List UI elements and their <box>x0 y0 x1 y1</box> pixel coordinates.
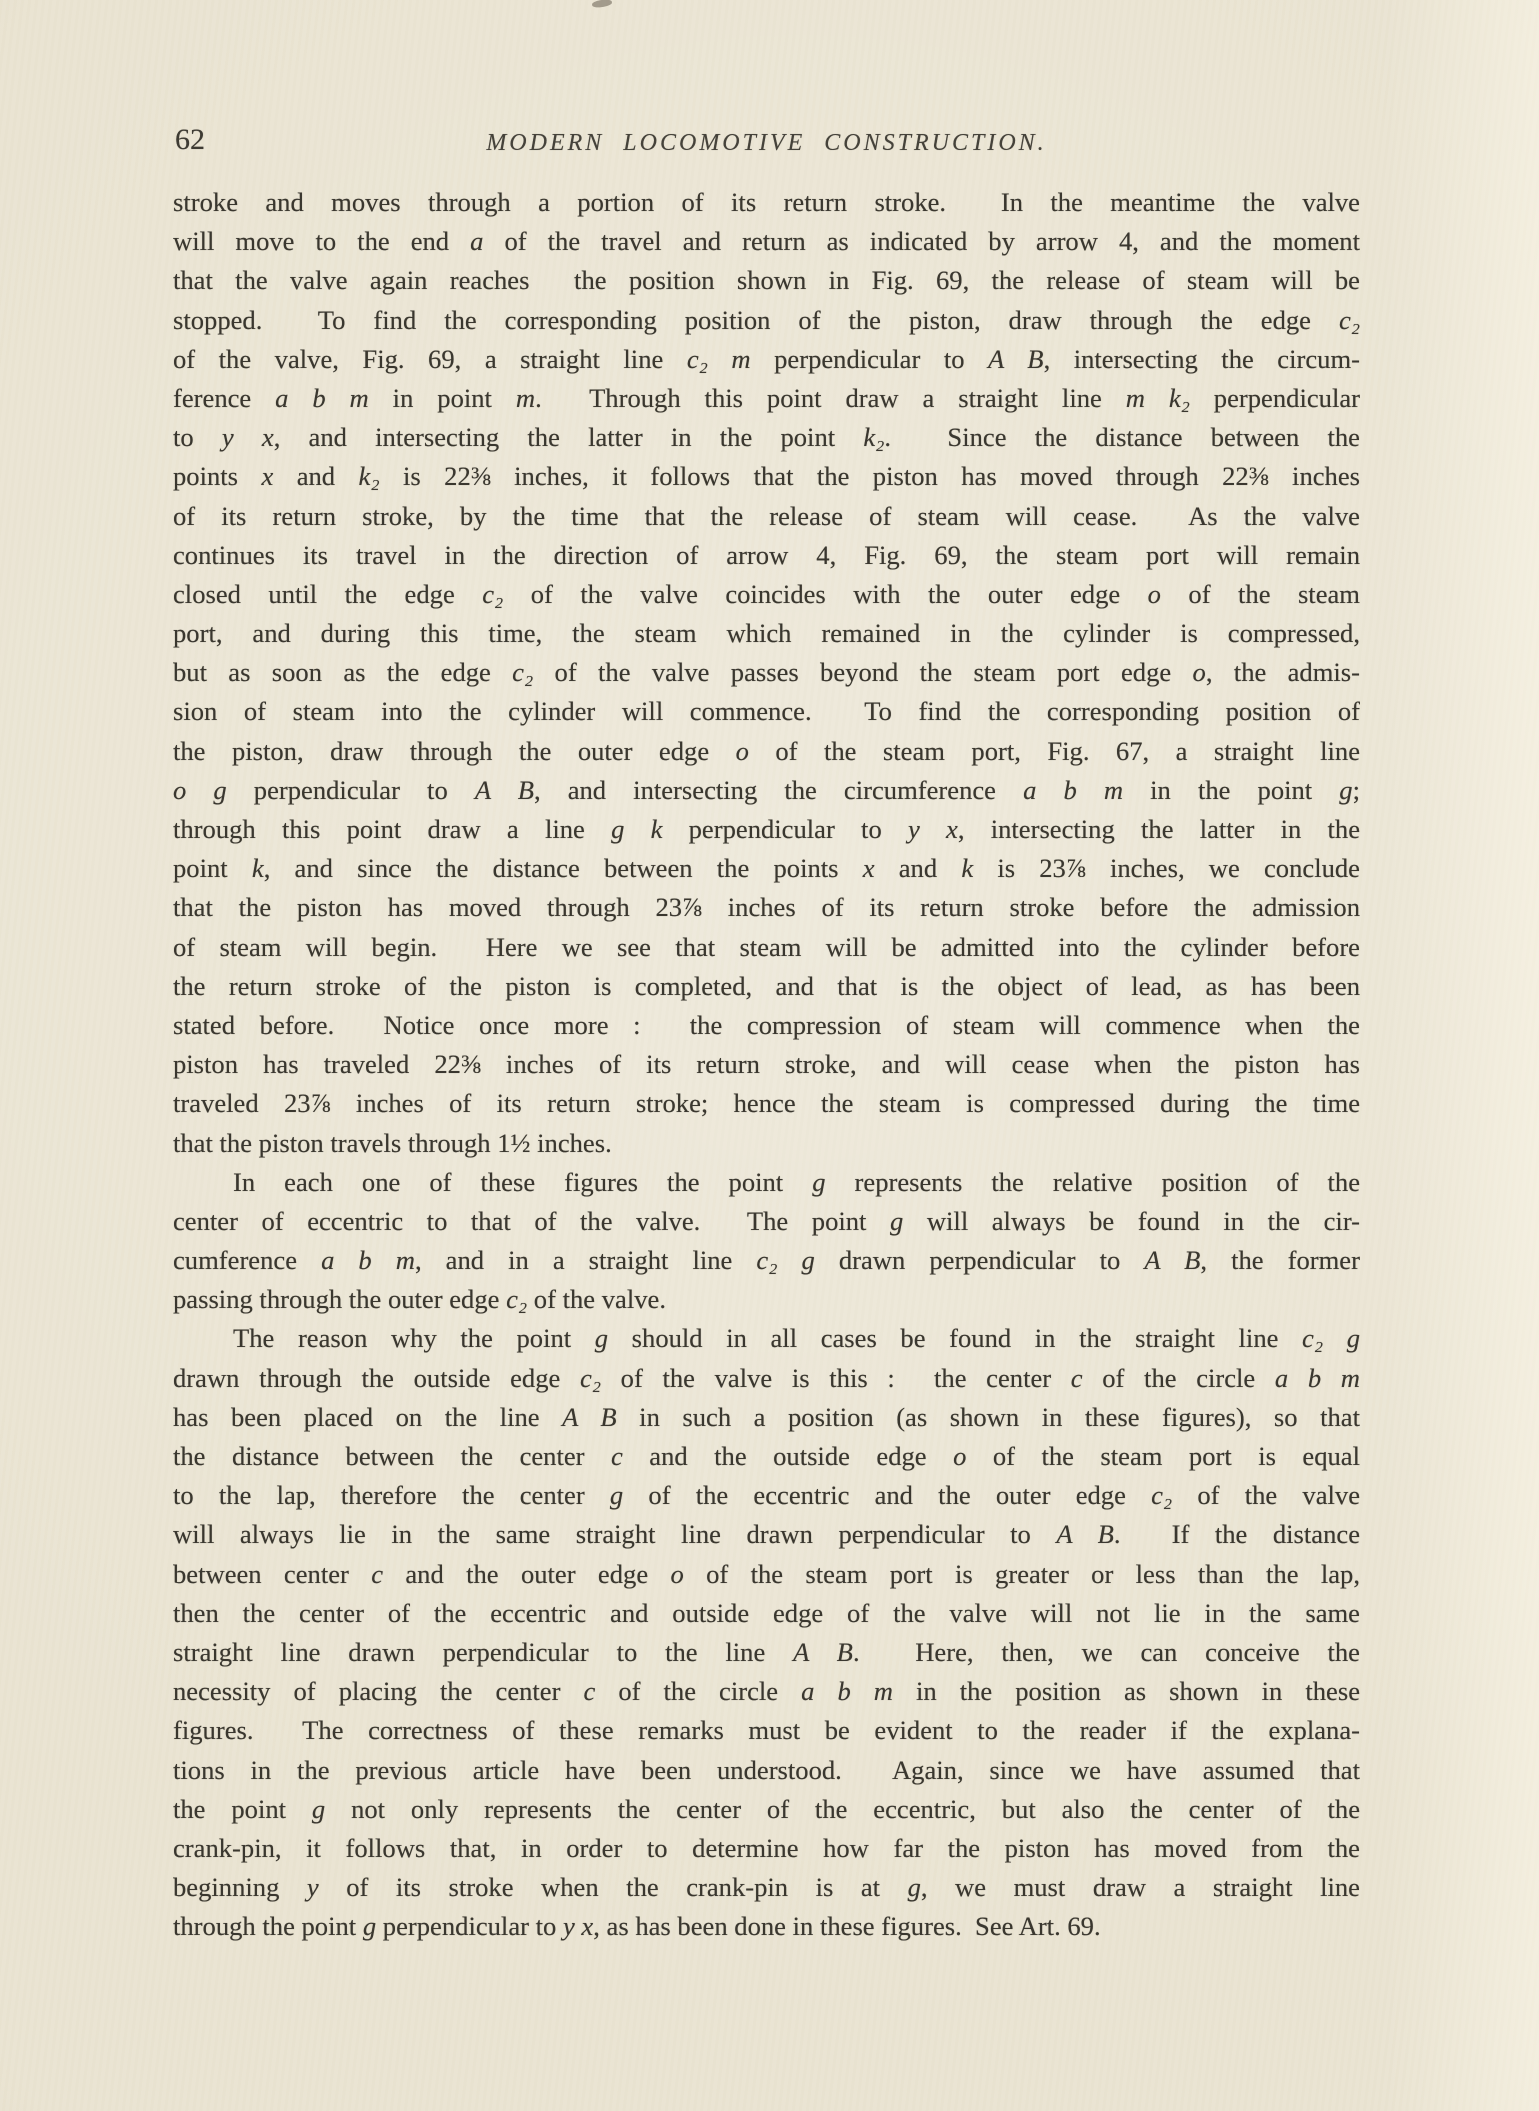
text-line: continues its travel in the direction of… <box>173 536 1360 575</box>
scan-artifact-speck <box>592 0 613 8</box>
running-title: MODERN LOCOMOTIVE CONSTRUCTION. <box>173 124 1360 159</box>
text-line: port, and during this time, the steam wh… <box>173 614 1360 653</box>
text-line: that the piston travels through 1½ inche… <box>173 1124 1360 1163</box>
text-line: In each one of these figures the point g… <box>173 1163 1360 1202</box>
text-line: point k, and since the distance between … <box>173 849 1360 888</box>
text-line: has been placed on the line A B in such … <box>173 1398 1360 1437</box>
text-line: piston has traveled 22⅜ inches of its re… <box>173 1045 1360 1084</box>
text-line: straight line drawn perpendicular to the… <box>173 1633 1360 1672</box>
text-line: sion of steam into the cylinder will com… <box>173 692 1360 731</box>
text-line: but as soon as the edge c₂ of the valve … <box>173 653 1360 692</box>
text-line: to y x, and intersecting the latter in t… <box>173 418 1360 457</box>
text-line: stopped. To find the corresponding posit… <box>173 301 1360 340</box>
text-line: stated before. Notice once more : the co… <box>173 1006 1360 1045</box>
text-line: beginning y of its stroke when the crank… <box>173 1868 1360 1907</box>
page-header: 62 MODERN LOCOMOTIVE CONSTRUCTION. <box>173 124 1360 164</box>
book-page: 62 MODERN LOCOMOTIVE CONSTRUCTION. strok… <box>0 0 1539 2111</box>
text-line: through the point g perpendicular to y x… <box>173 1907 1360 1946</box>
text-line: traveled 23⅞ inches of its return stroke… <box>173 1084 1360 1123</box>
text-line: center of eccentric to that of the valve… <box>173 1202 1360 1241</box>
text-line: drawn through the outside edge c₂ of the… <box>173 1359 1360 1398</box>
text-line: between center c and the outer edge o of… <box>173 1555 1360 1594</box>
text-line: that the valve again reaches the positio… <box>173 261 1360 300</box>
scanned-book-page: { "page": { "number": "62", "running_tit… <box>0 0 1539 2111</box>
text-line: figures. The correctness of these remark… <box>173 1711 1360 1750</box>
text-line: stroke and moves through a portion of it… <box>173 183 1360 222</box>
text-line: of the valve, Fig. 69, a straight line c… <box>173 340 1360 379</box>
text-line: the piston, draw through the outer edge … <box>173 732 1360 771</box>
text-line: to the lap, therefore the center g of th… <box>173 1476 1360 1515</box>
text-line: points x and k₂ is 22⅜ inches, it follow… <box>173 457 1360 496</box>
text-line: through this point draw a line g k perpe… <box>173 810 1360 849</box>
text-line: that the piston has moved through 23⅞ in… <box>173 888 1360 927</box>
text-line: the return stroke of the piston is compl… <box>173 967 1360 1006</box>
text-line: passing through the outer edge c₂ of the… <box>173 1280 1360 1319</box>
text-line: will move to the end a of the travel and… <box>173 222 1360 261</box>
text-line: cumference a b m, and in a straight line… <box>173 1241 1360 1280</box>
text-line: then the center of the eccentric and out… <box>173 1594 1360 1633</box>
text-line: crank-pin, it follows that, in order to … <box>173 1829 1360 1868</box>
text-line: the distance between the center c and th… <box>173 1437 1360 1476</box>
text-line: o g perpendicular to A B, and intersecti… <box>173 771 1360 810</box>
text-line: The reason why the point g should in all… <box>173 1319 1360 1358</box>
text-line: ference a b m in point m. Through this p… <box>173 379 1360 418</box>
text-line: necessity of placing the center c of the… <box>173 1672 1360 1711</box>
text-line: of its return stroke, by the time that t… <box>173 497 1360 536</box>
text-line: of steam will begin. Here we see that st… <box>173 928 1360 967</box>
page-number: 62 <box>175 124 205 156</box>
text-line: closed until the edge c₂ of the valve co… <box>173 575 1360 614</box>
text-line: will always lie in the same straight lin… <box>173 1515 1360 1554</box>
text-line: tions in the previous article have been … <box>173 1751 1360 1790</box>
body-text: stroke and moves through a portion of it… <box>173 183 1360 1946</box>
text-line: the point g not only represents the cent… <box>173 1790 1360 1829</box>
